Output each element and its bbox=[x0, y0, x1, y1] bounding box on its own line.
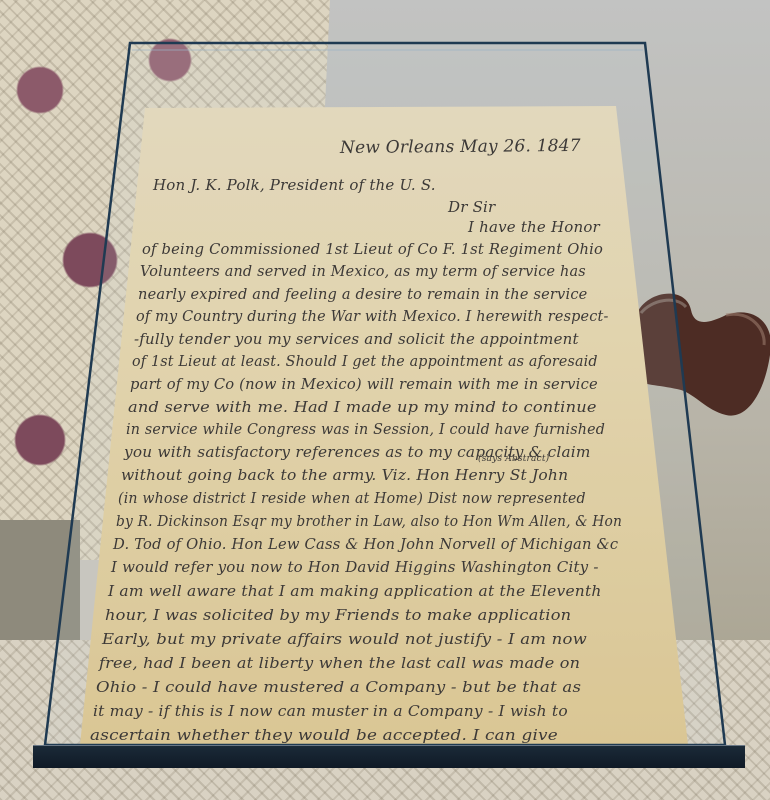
wooden-chair-knob bbox=[636, 285, 770, 420]
frame-base-bar bbox=[33, 745, 745, 768]
letter-line: and serve with me. Had I made up my mind… bbox=[128, 398, 597, 416]
letter-line: I would refer you now to Hon David Higgi… bbox=[111, 558, 599, 576]
letter-salutation: Dr Sir bbox=[448, 198, 495, 216]
letter-line: nearly expired and feeling a desire to r… bbox=[138, 285, 587, 303]
letter-line: D. Tod of Ohio. Hon Lew Cass & Hon John … bbox=[113, 535, 618, 553]
letter-line: I have the Honor bbox=[468, 218, 600, 236]
letter-line: (in whose district I reside when at Home… bbox=[118, 489, 586, 507]
letter-dateline: New Orleans May 26. 1847 bbox=[340, 136, 581, 158]
letter-line: of being Commissioned 1st Lieut of Co F.… bbox=[142, 240, 603, 258]
letter-line: I am well aware that I am making applica… bbox=[108, 582, 602, 600]
letter-line: ascertain whether they would be accepted… bbox=[90, 726, 558, 744]
letter-line: Volunteers and served in Mexico, as my t… bbox=[140, 262, 586, 280]
letter-line: of my Country during the War with Mexico… bbox=[136, 307, 609, 325]
letter-line: part of my Co (now in Mexico) will remai… bbox=[130, 375, 598, 393]
interlinear-note: (says Abstract) bbox=[478, 454, 549, 464]
letter-line: in service while Congress was in Session… bbox=[126, 420, 605, 438]
letter-line: of 1st Lieut at least. Should I get the … bbox=[132, 352, 598, 370]
letter-line: without going back to the army. Viz. Hon… bbox=[121, 466, 568, 484]
letter-line: free, had I been at liberty when the las… bbox=[99, 654, 580, 672]
letter-line: Ohio - I could have mustered a Company -… bbox=[96, 678, 581, 696]
letter-line: hour, I was solicited by my Friends to m… bbox=[105, 606, 571, 624]
letter-line: it may - if this is I now can muster in … bbox=[93, 702, 568, 720]
letter-address: Hon J. K. Polk, President of the U. S. bbox=[153, 176, 436, 194]
letter-line: Early, but my private affairs would not … bbox=[102, 630, 587, 648]
letter-line: by R. Dickinson Esqr my brother in Law, … bbox=[116, 512, 622, 530]
photo-scene: New Orleans May 26. 1847 Hon J. K. Polk,… bbox=[0, 0, 770, 800]
letter-line: -fully tender you my services and solici… bbox=[134, 330, 579, 348]
